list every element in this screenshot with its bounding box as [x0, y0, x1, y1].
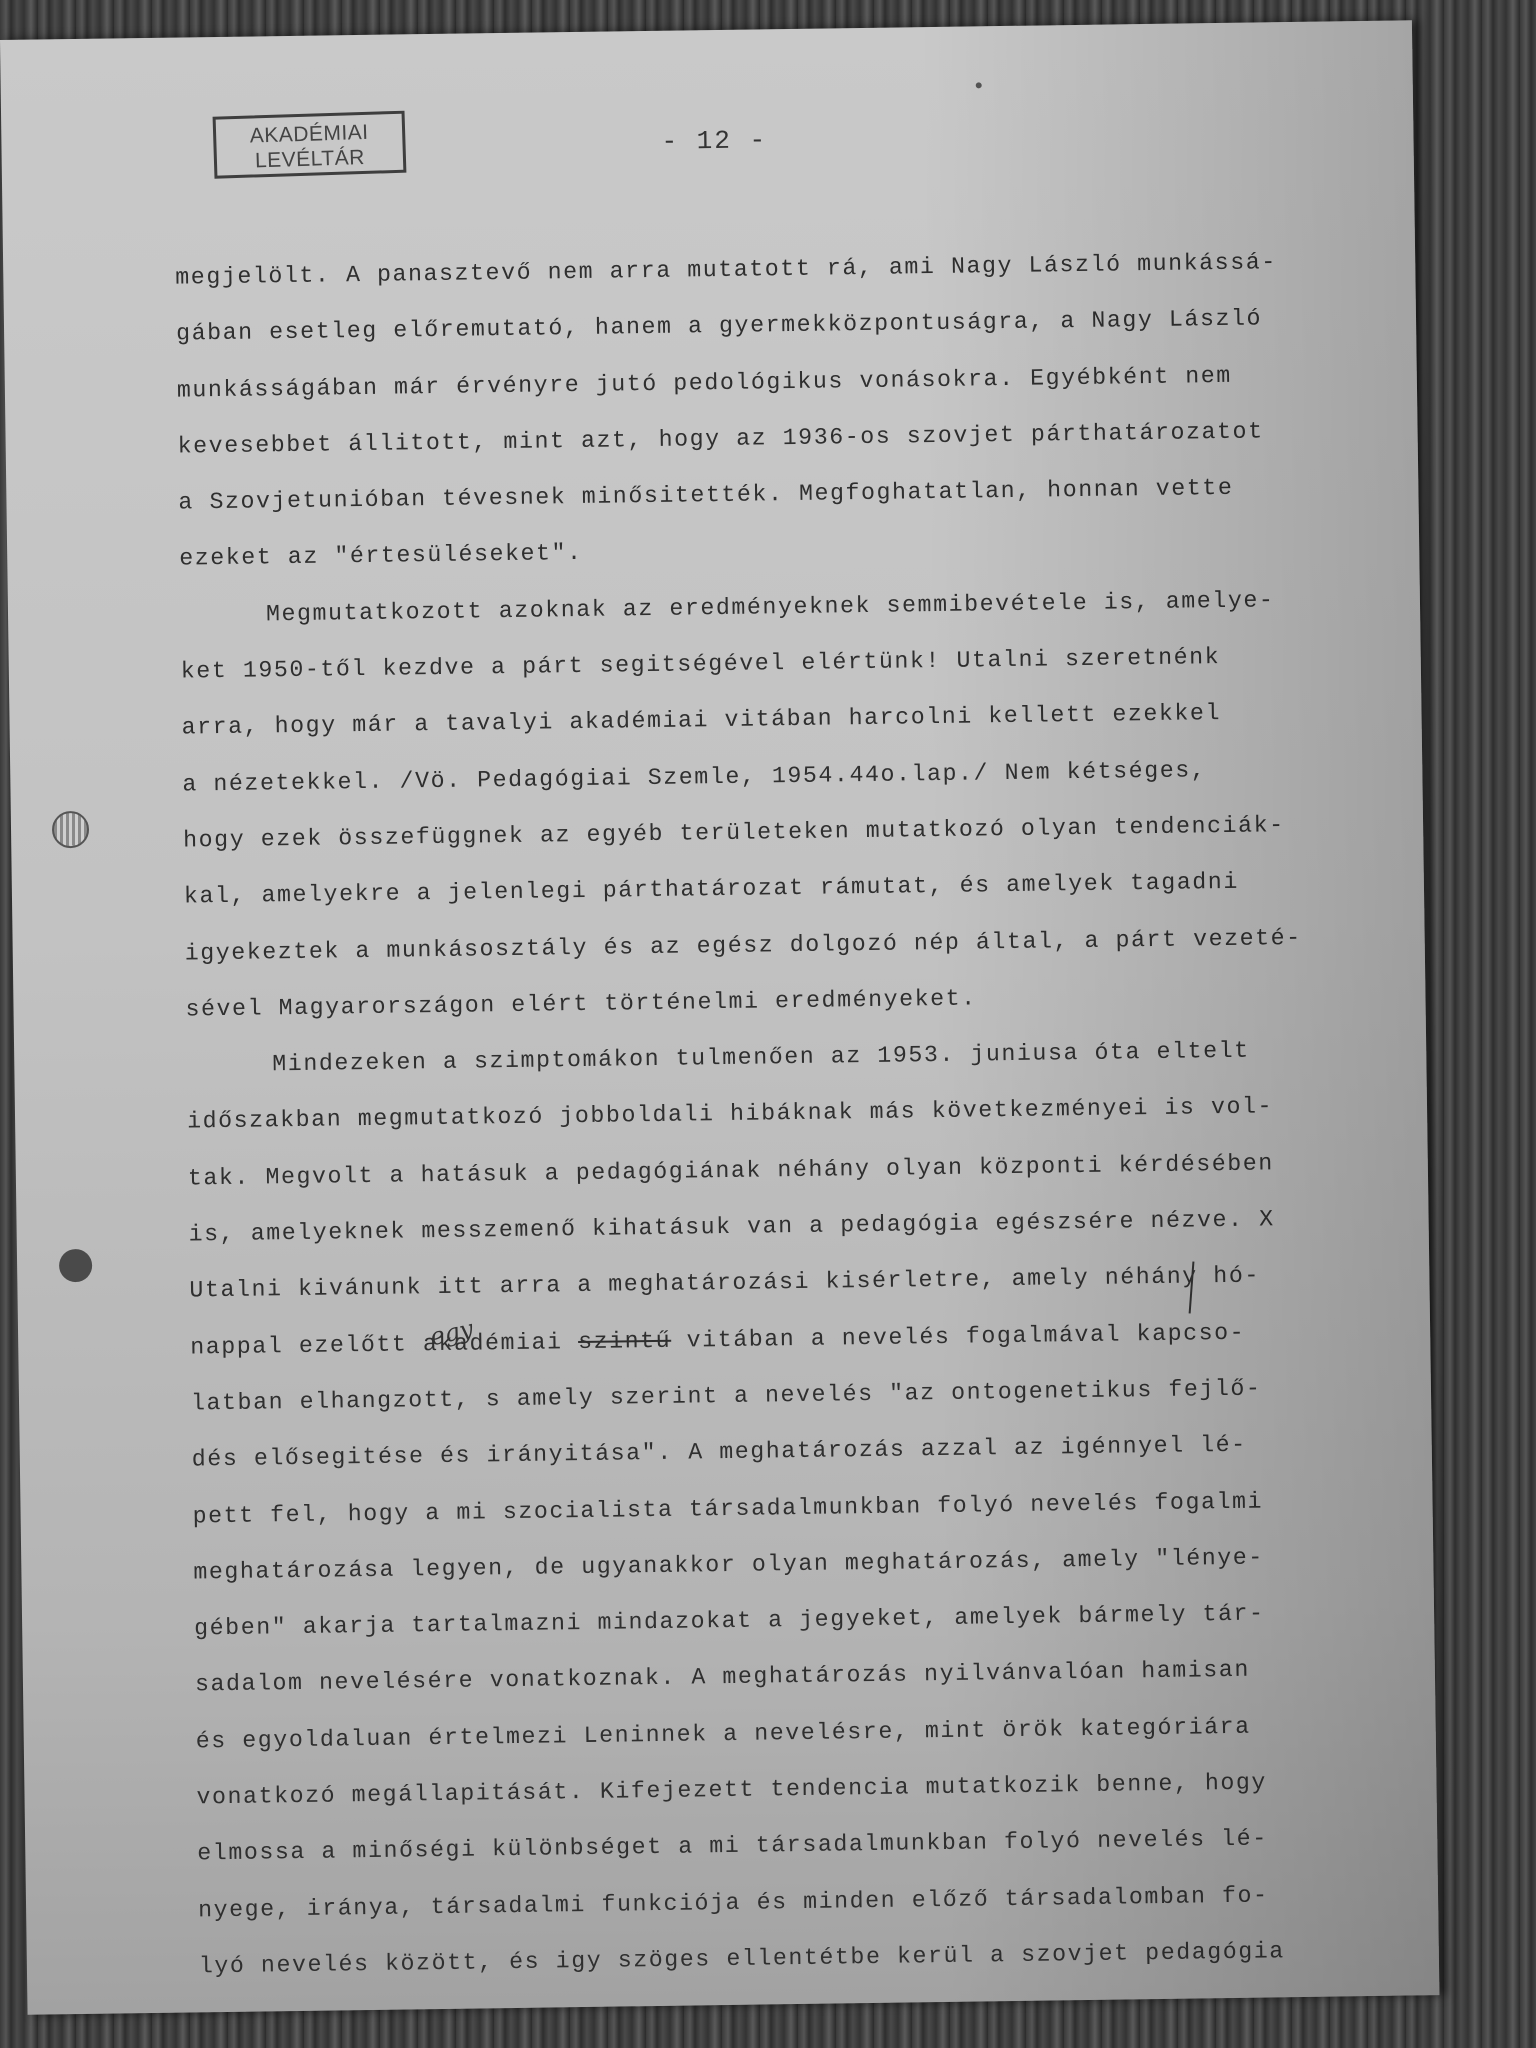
line-text: lyó nevelés között, és igy szöges ellent…	[199, 1938, 1285, 1979]
struck-word: szintű	[578, 1327, 671, 1354]
line-text: vonatkozó megállapitását. Kifejezett ten…	[196, 1769, 1267, 1810]
body-text: megjelölt. A panasztevő nem arra mutatot…	[175, 233, 1399, 1995]
line-text-continued: vitában a nevelés fogalmával kapcso-	[671, 1319, 1245, 1353]
typewritten-page: AKADÉMIAI LEVÉLTÁR - 12 - megjelölt. A p…	[0, 20, 1439, 2015]
line-text: a nézetekkel. /Vö. Pedagógiai Szemle, 19…	[182, 757, 1206, 797]
line-text: megjelölt. A panasztevő nem arra mutatot…	[175, 249, 1277, 290]
line-text: igyekeztek a munkásosztály és az egész d…	[185, 924, 1302, 966]
line-text: Megmutatkozott azoknak az eredményeknek …	[266, 587, 1275, 627]
line-text: sével Magyarországon elért történelmi er…	[185, 985, 977, 1022]
line-text: arra, hogy már a tavalyi akadémiai vitáb…	[181, 700, 1221, 741]
line-text: gében" akarja tartalmazni mindazokat a j…	[194, 1601, 1265, 1642]
line-text: ezeket az "értesüléseket".	[179, 540, 583, 572]
line-text: is, amelyeknek messzemenő kihatásuk van …	[189, 1206, 1275, 1247]
punch-hole-icon	[52, 811, 90, 849]
line-text: gában esetleg előremutató, hanem a gyerm…	[176, 306, 1262, 347]
line-text: elmossa a minőségi különbséget a mi társ…	[197, 1826, 1268, 1867]
line-text: kal, amelyekre a jelenlegi párthatározat…	[184, 869, 1239, 910]
stamp-line-2: LEVÉLTÁR	[217, 144, 404, 175]
line-text: tak. Megvolt a hatásuk a pedagógiának né…	[188, 1150, 1274, 1191]
ink-dot	[976, 82, 982, 88]
line-text: nyege, iránya, társadalmi funkciója és m…	[198, 1882, 1269, 1923]
line-text: dés elősegitése és irányitása". A meghat…	[192, 1432, 1247, 1473]
line-text: meghatározása legyen, de ugyanakkor olya…	[193, 1544, 1264, 1585]
line-text: nappal ezelőtt akadémiai	[190, 1329, 578, 1360]
line-text: latban elhangzott, s amely szerint a nev…	[191, 1375, 1262, 1416]
line-text: Utalni kivánunk itt arra a meghatározási…	[189, 1263, 1260, 1304]
line-text: a Szovjetunióban tévesnek minősitették. …	[178, 475, 1233, 516]
line-text: kevesebbet állitott, mint azt, hogy az 1…	[178, 418, 1264, 459]
archive-stamp: AKADÉMIAI LEVÉLTÁR	[213, 111, 407, 179]
punch-hole-icon	[59, 1249, 92, 1282]
line-text: Mindezeken a szimptomákon tulmenően az 1…	[272, 1038, 1250, 1078]
line-text: ket 1950-től kezdve a párt segitségével …	[181, 644, 1221, 685]
page-number: - 12 -	[661, 125, 767, 156]
line-text: és egyoldaluan értelmezi Leninnek a neve…	[196, 1713, 1251, 1754]
line-text: hogy ezek összefüggnek az egyéb területe…	[183, 812, 1285, 853]
line-text: munkásságában már érvényre jutó pedológi…	[177, 362, 1232, 403]
line-text: időszakban megmutatkozó jobboldali hibák…	[187, 1094, 1273, 1135]
line-text: sadalom nevelésére vonatkoznak. A meghat…	[195, 1657, 1250, 1698]
line-text: pett fel, hogy a mi szocialista társadal…	[192, 1488, 1263, 1529]
